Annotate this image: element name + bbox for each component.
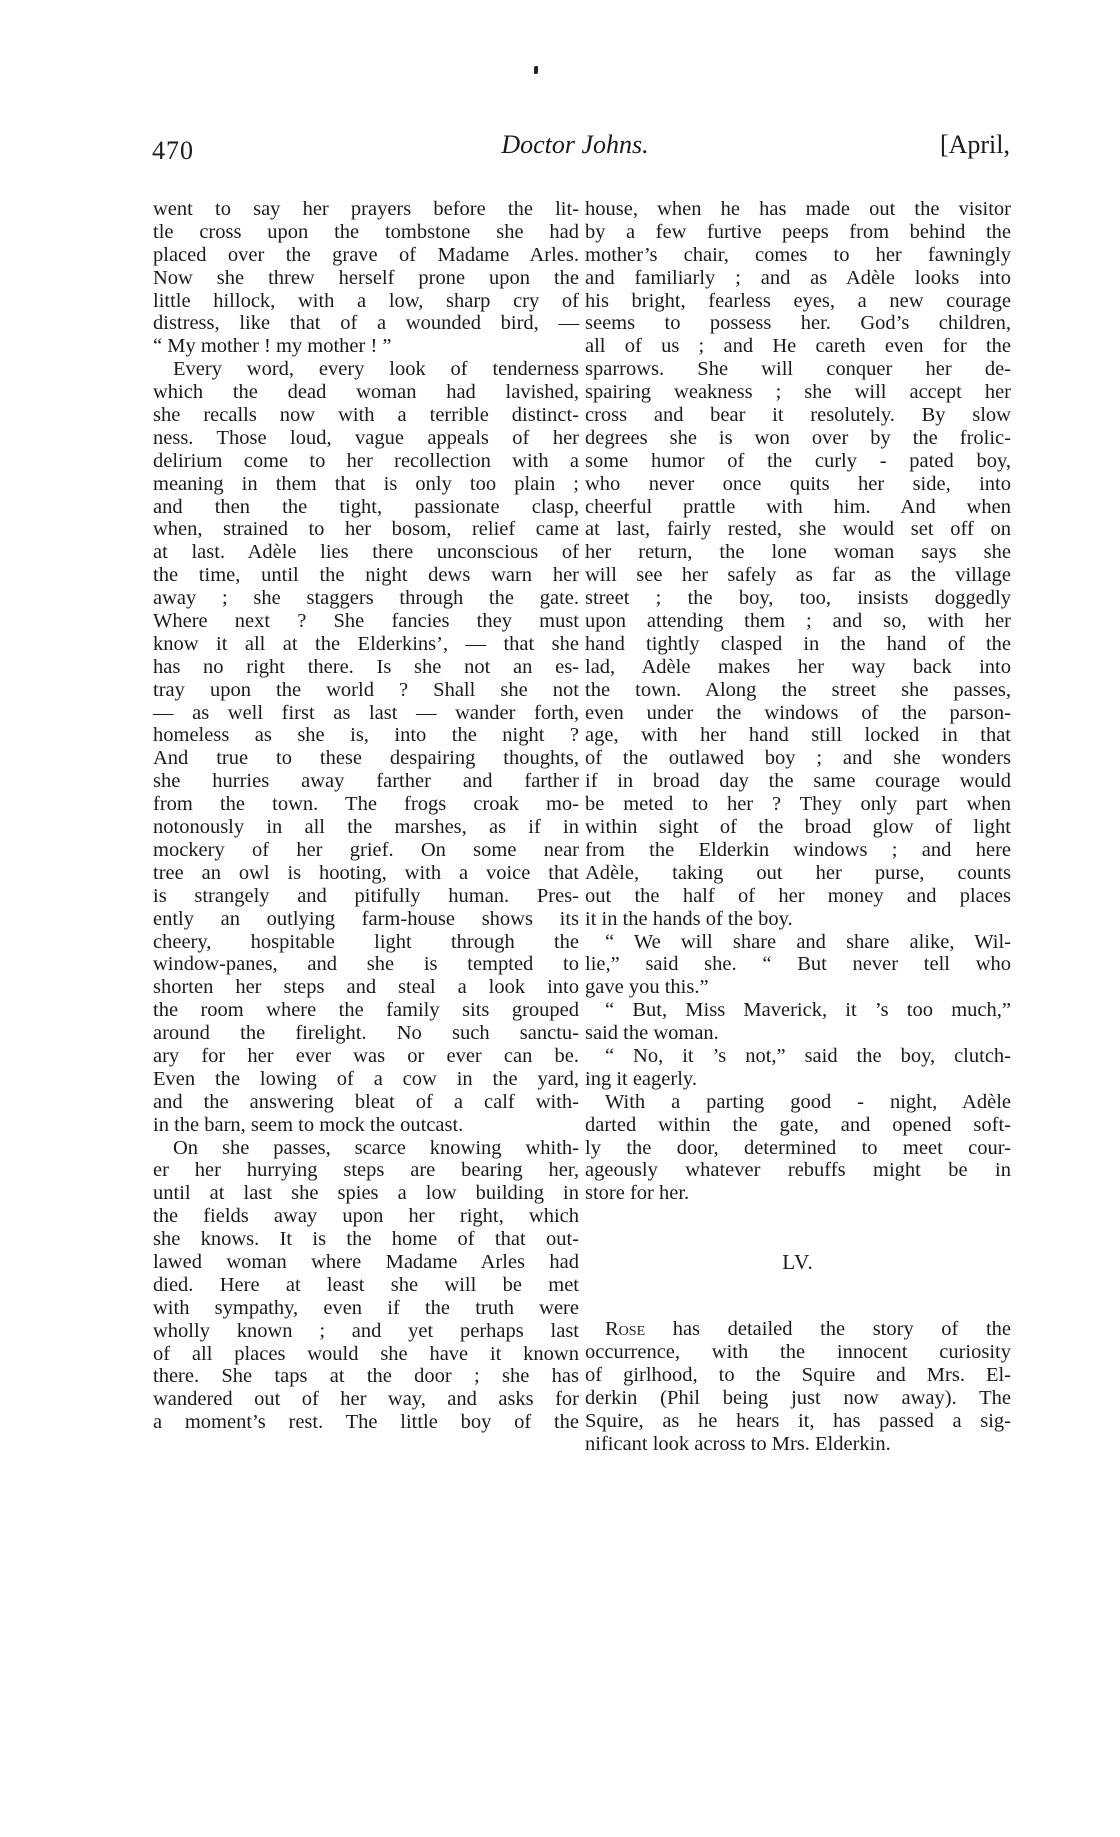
text-line: On she passes, scarce knowing whith- [153, 1137, 579, 1160]
text-line: little hillock, with a low, sharp cry of [153, 290, 579, 313]
text-line: at last, fairly rested, she would set of… [585, 518, 1011, 541]
text-line: she hurries away farther and farther [153, 770, 579, 793]
chapter-first-word: Rose [605, 1318, 645, 1340]
text-line: if in broad day the same courage would [585, 770, 1011, 793]
text-line: street ; the boy, too, insists doggedly [585, 587, 1011, 610]
text-line: seems to possess her. God’s children, [585, 312, 1011, 335]
chapter-heading: LV. [585, 1251, 1011, 1274]
text-line: with sympathy, even if the truth were [153, 1297, 579, 1320]
text-line: ing it eagerly. [585, 1068, 1011, 1091]
text-line: at last. Adèle lies there unconscious of [153, 541, 579, 564]
text-line: know it all at the Elderkins’, — that sh… [153, 633, 579, 656]
running-title: Doctor Johns. [140, 130, 1010, 160]
text-line: around the firelight. No such sanctu- [153, 1022, 579, 1045]
text-line: said the woman. [585, 1022, 1011, 1045]
text-line: spairing weakness ; she will accept her [585, 381, 1011, 404]
text-line: all of us ; and He careth even for the [585, 335, 1011, 358]
text-line: cheerful prattle with him. And when [585, 496, 1011, 519]
text-line: gave you this.” [585, 976, 1011, 999]
text-line: until at last she spies a low building i… [153, 1182, 579, 1205]
text-line: his bright, fearless eyes, a new courage [585, 290, 1011, 313]
text-line: lad, Adèle makes her way back into [585, 656, 1011, 679]
text-line: — as well first as last — wander forth, [153, 702, 579, 725]
text-line: the room where the family sits grouped [153, 999, 579, 1022]
text-line: wandered out of her way, and asks for [153, 1388, 579, 1411]
text-line: Rose has detailed the story of the [585, 1318, 1011, 1341]
text-line: delirium come to her recollection with a [153, 450, 579, 473]
text-line: be meted to her ? They only part when [585, 793, 1011, 816]
text-line: house, when he has made out the visitor [585, 198, 1011, 221]
text-line: wholly known ; and yet perhaps last [153, 1320, 579, 1343]
text-line: she recalls now with a terrible distinct… [153, 404, 579, 427]
text-line: sparrows. She will conquer her de- [585, 358, 1011, 381]
text-line: ly the door, determined to meet cour- [585, 1137, 1011, 1160]
text-line: lie,” said she. “ But never tell who [585, 953, 1011, 976]
text-line: degrees she is won over by the frolic- [585, 427, 1011, 450]
text-line: And true to these despairing thoughts, [153, 747, 579, 770]
text-line: died. Here at least she will be met [153, 1274, 579, 1297]
text-line: away ; she staggers through the gate. [153, 587, 579, 610]
text-line: who never once quits her side, into [585, 473, 1011, 496]
text-line: hand tightly clasped in the hand of the [585, 633, 1011, 656]
text-line: the fields away upon her right, which [153, 1205, 579, 1228]
left-column: went to say her prayers before the lit- … [153, 198, 579, 1434]
text-line: “ My mother ! my mother ! ” [153, 335, 579, 358]
text-line: Squire, as he hears it, has passed a sig… [585, 1410, 1011, 1433]
text-line: “ We will share and share alike, Wil- [585, 931, 1011, 954]
text-line: and the answering bleat of a calf with- [153, 1091, 579, 1114]
text-line: the time, until the night dews warn her [153, 564, 579, 587]
running-date: [April, [940, 130, 1010, 160]
text-line: Now she threw herself prone upon the [153, 267, 579, 290]
text-line: by a few furtive peeps from behind the [585, 221, 1011, 244]
text-line: tree an owl is hooting, with a voice tha… [153, 862, 579, 885]
text-line: Where next ? She fancies they must [153, 610, 579, 633]
text-line: is strangely and pitifully human. Pres- [153, 885, 579, 908]
text-line: will see her safely as far as the villag… [585, 564, 1011, 587]
text-line: Every word, every look of tenderness [153, 358, 579, 381]
text-line: meaning in them that is only too plain ; [153, 473, 579, 496]
text-line: derkin (Phil being just now away). The [585, 1387, 1011, 1410]
text-line: which the dead woman had lavished, [153, 381, 579, 404]
text-line: in the barn, seem to mock the outcast. [153, 1114, 579, 1137]
text-line: nificant look across to Mrs. Elderkin. [585, 1433, 1011, 1456]
text-line: the town. Along the street she passes, [585, 679, 1011, 702]
text-line: mockery of her grief. On some near [153, 839, 579, 862]
text-line: darted within the gate, and opened soft- [585, 1114, 1011, 1137]
text-line: cheery, hospitable light through the [153, 931, 579, 954]
text-line: went to say her prayers before the lit- [153, 198, 579, 221]
text-line: when, strained to her bosom, relief came [153, 518, 579, 541]
text-line: a moment’s rest. The little boy of the [153, 1411, 579, 1434]
text-line: it in the hands of the boy. [585, 908, 1011, 931]
running-header: 470 Doctor Johns. [April, [140, 130, 1010, 170]
text-line: ently an outlying farm-house shows its [153, 908, 579, 931]
text-line: within sight of the broad glow of light [585, 816, 1011, 839]
text-line: Adèle, taking out her purse, counts [585, 862, 1011, 885]
text-line: placed over the grave of Madame Arles. [153, 244, 579, 267]
right-column: house, when he has made out the visitor … [585, 198, 1011, 1455]
text-line: there. She taps at the door ; she has [153, 1365, 579, 1388]
text-line: of girlhood, to the Squire and Mrs. El- [585, 1364, 1011, 1387]
text-line: upon attending them ; and so, with her [585, 610, 1011, 633]
text-line: tle cross upon the tombstone she had [153, 221, 579, 244]
text-line: of the outlawed boy ; and she wonders [585, 747, 1011, 770]
text-line: age, with her hand still locked in that [585, 724, 1011, 747]
text-line: er her hurrying steps are bearing her, [153, 1159, 579, 1182]
text-line: ary for her ever was or ever can be. [153, 1045, 579, 1068]
text-line: shorten her steps and steal a look into [153, 976, 579, 999]
text-line: she knows. It is the home of that out- [153, 1228, 579, 1251]
text-line: some humor of the curly - pated boy, [585, 450, 1011, 473]
text-line: Even the lowing of a cow in the yard, [153, 1068, 579, 1091]
text-line: has no right there. Is she not an es- [153, 656, 579, 679]
text-line: homeless as she is, into the night ? [153, 724, 579, 747]
text-line: out the half of her money and places [585, 885, 1011, 908]
text-line: notonously in all the marshes, as if in [153, 816, 579, 839]
text-line: mother’s chair, comes to her fawningly [585, 244, 1011, 267]
text-line: her return, the lone woman says she [585, 541, 1011, 564]
text-line: and familiarly ; and as Adèle looks into [585, 267, 1011, 290]
print-speck [534, 66, 538, 74]
text-fragment: has detailed the story of the [645, 1318, 1011, 1340]
text-line: of all places would she have it known [153, 1343, 579, 1366]
text-line: ageously whatever rebuffs might be in [585, 1159, 1011, 1182]
text-line: tray upon the world ? Shall she not [153, 679, 579, 702]
text-line: store for her. [585, 1182, 1011, 1205]
text-line: even under the windows of the parson- [585, 702, 1011, 725]
text-line: lawed woman where Madame Arles had [153, 1251, 579, 1274]
text-line: “ But, Miss Maverick, it ’s too much,” [585, 999, 1011, 1022]
text-line: from the town. The frogs croak mo- [153, 793, 579, 816]
text-line: With a parting good - night, Adèle [585, 1091, 1011, 1114]
text-line: from the Elderkin windows ; and here [585, 839, 1011, 862]
text-line: distress, like that of a wounded bird, — [153, 312, 579, 335]
text-line: cross and bear it resolutely. By slow [585, 404, 1011, 427]
text-line: occurrence, with the innocent curiosity [585, 1341, 1011, 1364]
text-line: and then the tight, passionate clasp, [153, 496, 579, 519]
text-line: ness. Those loud, vague appeals of her [153, 427, 579, 450]
text-line: “ No, it ’s not,” said the boy, clutch- [585, 1045, 1011, 1068]
text-line: window-panes, and she is tempted to [153, 953, 579, 976]
